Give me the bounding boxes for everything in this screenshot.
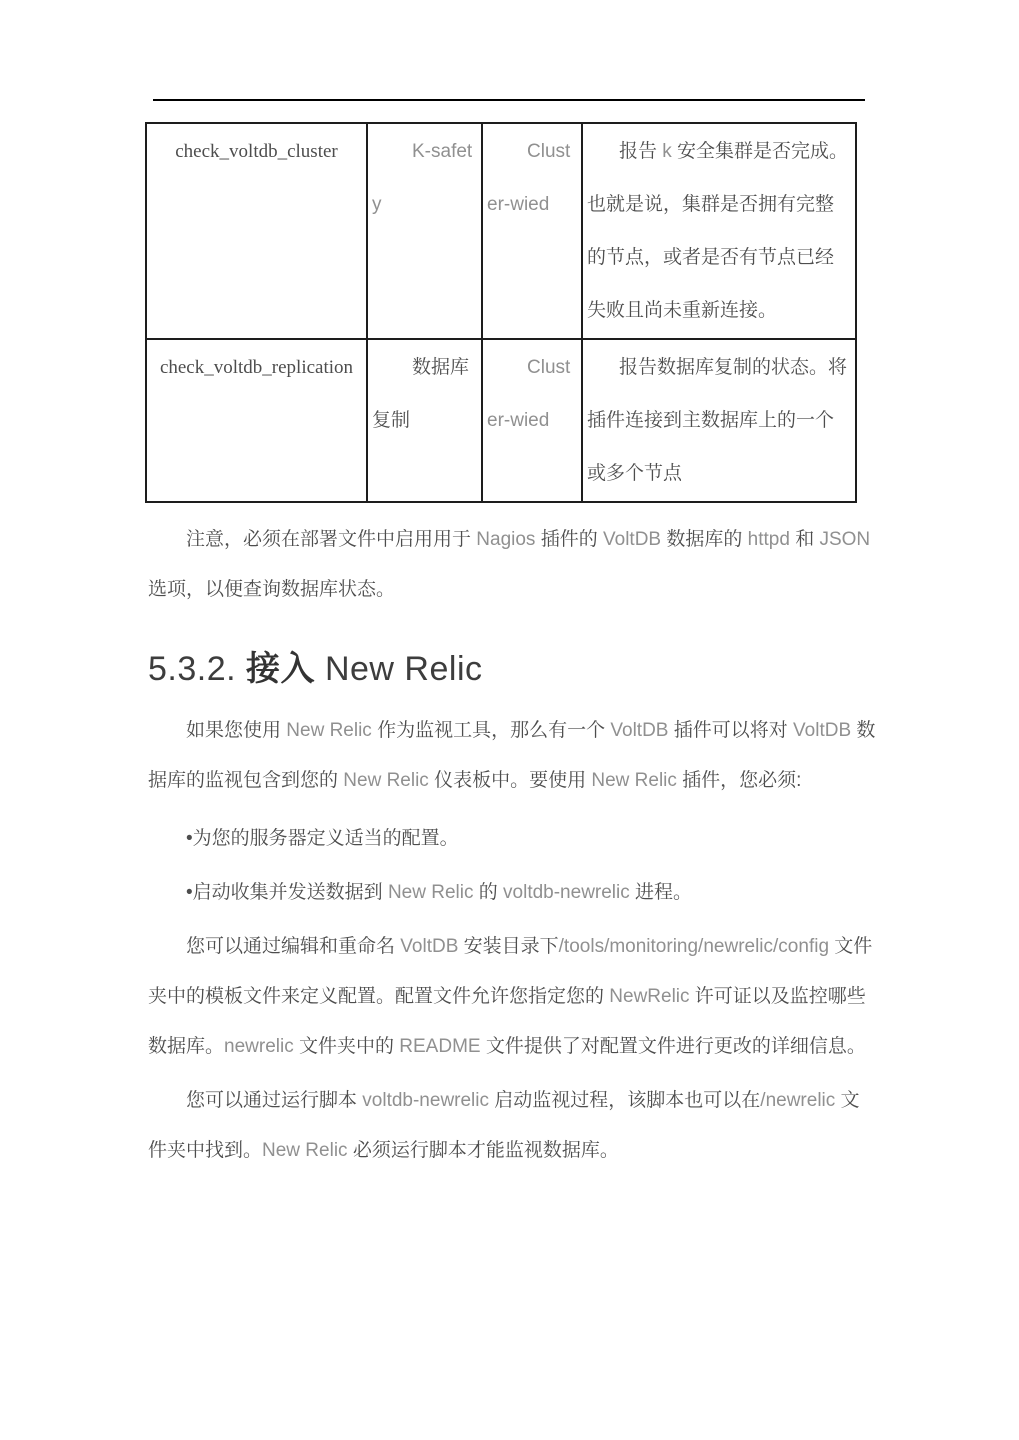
cell-metric: K-safety [367, 123, 482, 339]
run-paragraph: 您可以通过运行脚本 voltdb-newrelic 启动监视过程，该脚本也可以在… [148, 1076, 878, 1176]
bullet-item: •启动收集并发送数据到 New Relic 的 voltdb-newrelic … [148, 868, 878, 918]
text-segment: 数据库的 [661, 529, 748, 550]
text-segment: 数据库复制 [372, 357, 469, 431]
text-segment: 启动监视过程，该脚本也可以在 [489, 1090, 760, 1111]
intro-paragraph: 如果您使用 New Relic 作为监视工具，那么有一个 VoltDB 插件可以… [148, 706, 878, 806]
latin-text-segment: k [662, 141, 672, 162]
latin-text-segment: JSON [819, 529, 870, 550]
latin-text-segment: New Relic [286, 720, 372, 741]
cell-scope: Cluster-wied [482, 339, 582, 502]
latin-text-segment: NewRelic [609, 986, 689, 1007]
text-segment: 安装目录下 [458, 936, 558, 957]
latin-text-segment: /newrelic [760, 1090, 835, 1111]
header-rule [153, 99, 865, 101]
latin-text-segment: httpd [748, 529, 790, 550]
latin-text-segment: Cluster-wied [487, 357, 570, 431]
text-segment: 插件可以将对 [668, 720, 793, 741]
text-segment: 仪表板中。要使用 [429, 770, 592, 791]
bullet-item: •为您的服务器定义适当的配置。 [148, 814, 878, 864]
latin-text-segment: New Relic [343, 770, 429, 791]
text-segment: 报告数据库复制的状态。将插件连接到主数据库上的一个或多个节点 [587, 357, 847, 484]
latin-text-segment: newrelic [224, 1036, 294, 1057]
latin-text-segment: voltdb-newrelic [362, 1090, 489, 1111]
latin-text-segment: VoltDB [603, 529, 661, 550]
text-segment: 您可以通过运行脚本 [186, 1090, 362, 1111]
text-segment: 和 [790, 529, 820, 550]
text-segment: 报告 [619, 141, 662, 162]
latin-text-segment: VoltDB [793, 720, 851, 741]
latin-text-segment: VoltDB [610, 720, 668, 741]
plugins-table: check_voltdb_cluster K-safety Cluster-wi… [145, 122, 857, 503]
table-row-check-voltdb-cluster: check_voltdb_cluster K-safety Cluster-wi… [146, 123, 856, 339]
cell-scope: Cluster-wied [482, 123, 582, 339]
text-segment: 5.3.2. [148, 650, 246, 688]
text-segment: 文件夹中的 [294, 1036, 400, 1057]
cell-plugin-name: check_voltdb_replication [146, 339, 367, 502]
text-segment: 安全集群是否完成。也就是说，集群是否拥有完整的节点，或者是否有节点已经失败且尚未… [587, 141, 848, 321]
text-segment: 必须运行脚本才能监视数据库。 [348, 1140, 619, 1161]
latin-text-segment: New Relic [262, 1140, 348, 1161]
latin-text-segment: /tools/monitoring/newrelic/config [559, 936, 829, 957]
text-segment: 接入 [246, 650, 315, 688]
text-segment: •启动收集并发送数据到 [186, 882, 388, 903]
text-segment: 插件的 [535, 529, 603, 550]
text-segment: 插件，您必须: [677, 770, 802, 791]
cell-description: 报告数据库复制的状态。将插件连接到主数据库上的一个或多个节点 [582, 339, 856, 502]
latin-text-segment: K-safety [372, 141, 472, 215]
latin-text-segment: README [399, 1036, 480, 1057]
text-segment: •为您的服务器定义适当的配置。 [186, 828, 459, 849]
table-row-check-voltdb-replication: check_voltdb_replication 数据库复制 Cluster-w… [146, 339, 856, 502]
latin-text-segment: voltdb-newrelic [503, 882, 630, 903]
document-page: check_voltdb_cluster K-safety Cluster-wi… [0, 0, 1019, 1440]
latin-text-segment: New Relic [388, 882, 474, 903]
latin-text-segment: VoltDB [400, 936, 458, 957]
text-segment: 作为监视工具，那么有一个 [372, 720, 611, 741]
text-segment: 选项，以便查询数据库状态。 [148, 579, 395, 600]
cell-metric: 数据库复制 [367, 339, 482, 502]
cell-plugin-name: check_voltdb_cluster [146, 123, 367, 339]
latin-text-segment: Cluster-wied [487, 141, 570, 215]
cell-description: 报告 k 安全集群是否完成。也就是说，集群是否拥有完整的节点，或者是否有节点已经… [582, 123, 856, 339]
text-segment: 注意，必须在部署文件中启用用于 [186, 529, 476, 550]
text-segment: 文件提供了对配置文件进行更改的详细信息。 [481, 1036, 866, 1057]
latin-text-segment: Nagios [476, 529, 535, 550]
section-heading: 5.3.2. 接入 New Relic [148, 641, 878, 690]
config-paragraph: 您可以通过编辑和重命名 VoltDB 安装目录下/tools/monitorin… [148, 922, 878, 1072]
text-segment: New Relic [315, 650, 482, 688]
note-paragraph: 注意，必须在部署文件中启用用于 Nagios 插件的 VoltDB 数据库的 h… [148, 515, 878, 615]
text-segment: 您可以通过编辑和重命名 [186, 936, 400, 957]
text-segment: 如果您使用 [186, 720, 286, 741]
document-body: 注意，必须在部署文件中启用用于 Nagios 插件的 VoltDB 数据库的 h… [148, 515, 878, 1176]
text-segment: 的 [473, 882, 503, 903]
text-segment: 进程。 [630, 882, 692, 903]
latin-text-segment: New Relic [591, 770, 677, 791]
